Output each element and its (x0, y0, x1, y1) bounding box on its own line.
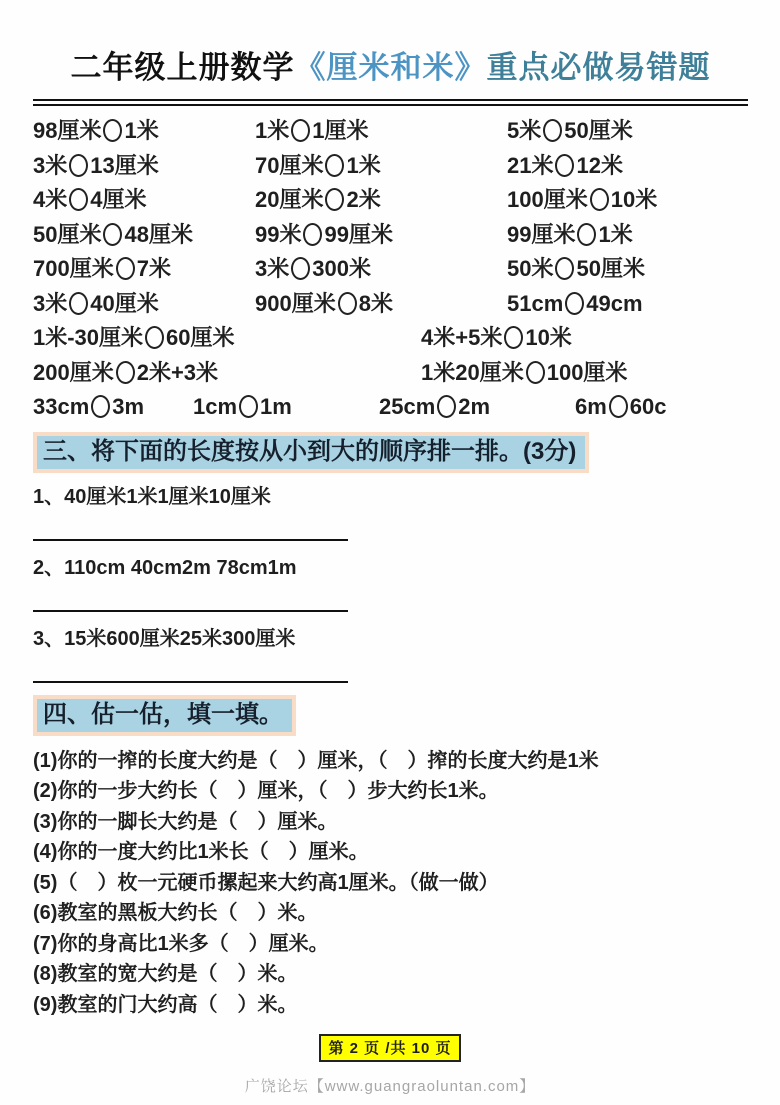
fill-in-question: (7)你的身高比1米多（ ）厘米。 (33, 929, 748, 960)
comparison-problem: 3米300米 (255, 252, 507, 287)
comparison-circle (437, 395, 456, 418)
comparison-problem: 99厘米1米 (507, 218, 748, 253)
fill-in-question: (3)你的一脚长大约是（ ）厘米。 (33, 807, 748, 838)
comparison-circle (577, 223, 596, 246)
ordering-question: 1、40厘米1米1厘米10厘米 (33, 482, 748, 512)
comparison-circle (590, 188, 609, 211)
comparison-problem: 3米40厘米 (33, 287, 255, 322)
section-3-items: 1、40厘米1米1厘米10厘米2、110cm 40cm2m 78cm1m3、15… (33, 482, 748, 683)
comparison-circle (69, 154, 88, 177)
comparison-problem: 1米20厘米100厘米 (421, 356, 748, 391)
comparison-row: 50厘米48厘米99米99厘米99厘米1米 (33, 218, 748, 253)
comparison-circle (325, 188, 344, 211)
comparison-problem: 33cm3m (33, 390, 193, 425)
comparison-circle (69, 188, 88, 211)
page-number-badge: 第 2 页 /共 10 页 (319, 1034, 460, 1062)
answer-line (33, 539, 348, 541)
section-3: 三、将下面的长度按从小到大的顺序排一排。(3分) 1、40厘米1米1厘米10厘米… (33, 432, 748, 683)
answer-line (33, 681, 348, 683)
ordering-question: 2、110cm 40cm2m 78cm1m (33, 553, 748, 583)
comparison-circle (291, 257, 310, 280)
comparison-circle (91, 395, 110, 418)
comparison-circle (609, 395, 628, 418)
comparison-problem: 1米1厘米 (255, 114, 507, 149)
comparison-problem: 1米-30厘米60厘米 (33, 321, 421, 356)
comparison-circle (325, 154, 344, 177)
fill-in-question: (2)你的一步大约长（ ）厘米，（ ）步大约长1米。 (33, 776, 748, 807)
comparison-problem: 51cm49cm (507, 287, 748, 322)
comparison-problem: 99米99厘米 (255, 218, 507, 253)
worksheet-page: 二年级上册数学《厘米和米》重点必做易错题 98厘米1米1米1厘米5米50厘米3米… (0, 0, 780, 1105)
comparison-row: 200厘米2米+3米1米20厘米100厘米 (33, 356, 748, 391)
comparison-circle (526, 361, 545, 384)
comparison-circle (555, 154, 574, 177)
section-4-header: 四、估一估，填一填。 (33, 695, 296, 736)
comparison-row: 4米4厘米20厘米2米100厘米10米 (33, 183, 748, 218)
section-3-header-label: 三、将下面的长度按从小到大的顺序排一排。(3分) (43, 438, 576, 465)
comparison-circle (543, 119, 562, 142)
comparison-problem: 100厘米10米 (507, 183, 748, 218)
fill-in-question: (4)你的一度大约比1米长（ ）厘米。 (33, 837, 748, 868)
comparison-problem: 1cm1m (193, 390, 379, 425)
comparison-circle (116, 257, 135, 280)
title-divider (33, 99, 748, 106)
page-number-row: 第 2 页 /共 10 页 (0, 1034, 780, 1062)
comparison-row: 700厘米7米3米300米50米50厘米 (33, 252, 748, 287)
comparison-problem: 4米+5米10米 (421, 321, 748, 356)
comparison-circle (504, 326, 523, 349)
comparison-row: 33cm3m1cm1m25cm2m6m60c (33, 390, 748, 425)
comparison-row: 1米-30厘米60厘米4米+5米10米 (33, 321, 748, 356)
fill-in-question: (6)教室的黑板大约长（ ）米。 (33, 898, 748, 929)
comparison-problem: 700厘米7米 (33, 252, 255, 287)
comparison-problem: 50厘米48厘米 (33, 218, 255, 253)
comparison-circle (338, 292, 357, 315)
comparison-problem: 5米50厘米 (507, 114, 748, 149)
fill-in-question: (1)你的一搾的长度大约是（ ）厘米，（ ）搾的长度大约是1米 (33, 746, 748, 777)
comparison-problem: 70厘米1米 (255, 149, 507, 184)
comparison-circle (69, 292, 88, 315)
fill-in-question: (8)教室的宽大约是（ ）米。 (33, 959, 748, 990)
title-book-part: 《厘米和米》 (295, 50, 487, 85)
comparison-circle (116, 361, 135, 384)
comparison-row: 3米13厘米70厘米1米21米12米 (33, 149, 748, 184)
comparison-circle (145, 326, 164, 349)
section-3-header: 三、将下面的长度按从小到大的顺序排一排。(3分) (33, 432, 589, 473)
comparison-problem: 200厘米2米+3米 (33, 356, 421, 391)
comparison-problem: 4米4厘米 (33, 183, 255, 218)
ordering-question: 3、15米600厘米25米300厘米 (33, 624, 748, 654)
comparison-circle (303, 223, 322, 246)
comparison-row: 98厘米1米1米1厘米5米50厘米 (33, 114, 748, 149)
title-grade-part: 二年级上册数学 (71, 50, 295, 85)
title-tail-part: 重点必做易错题 (487, 50, 711, 85)
section-4-header-label: 四、估一估，填一填。 (43, 701, 283, 728)
comparison-problem: 3米13厘米 (33, 149, 255, 184)
comparison-circle (103, 119, 122, 142)
section-4: 四、估一估，填一填。 (1)你的一搾的长度大约是（ ）厘米，（ ）搾的长度大约是… (33, 695, 748, 1021)
footer-site-text: 广饶论坛【www.guangraoluntan.com】 (0, 1075, 780, 1096)
comparison-problem: 6m60c (575, 390, 748, 425)
comparison-circle (239, 395, 258, 418)
comparison-problem: 900厘米8米 (255, 287, 507, 322)
comparison-problem: 50米50厘米 (507, 252, 748, 287)
comparison-problem: 98厘米1米 (33, 114, 255, 149)
comparison-circle (103, 223, 122, 246)
comparison-problems-block: 98厘米1米1米1厘米5米50厘米3米13厘米70厘米1米21米12米4米4厘米… (33, 114, 748, 425)
page-title: 二年级上册数学《厘米和米》重点必做易错题 (33, 42, 748, 87)
comparison-problem: 25cm2m (379, 390, 575, 425)
fill-in-question: (5)（ ）枚一元硬币摞起来大约高1厘米。（做一做） (33, 868, 748, 899)
section-4-items: (1)你的一搾的长度大约是（ ）厘米，（ ）搾的长度大约是1米(2)你的一步大约… (33, 746, 748, 1021)
comparison-problem: 20厘米2米 (255, 183, 507, 218)
comparison-circle (555, 257, 574, 280)
comparison-row: 3米40厘米900厘米8米51cm49cm (33, 287, 748, 322)
comparison-problem: 21米12米 (507, 149, 748, 184)
comparison-circle (565, 292, 584, 315)
answer-line (33, 610, 348, 612)
fill-in-question: (9)教室的门大约高（ ）米。 (33, 990, 748, 1021)
comparison-circle (291, 119, 310, 142)
